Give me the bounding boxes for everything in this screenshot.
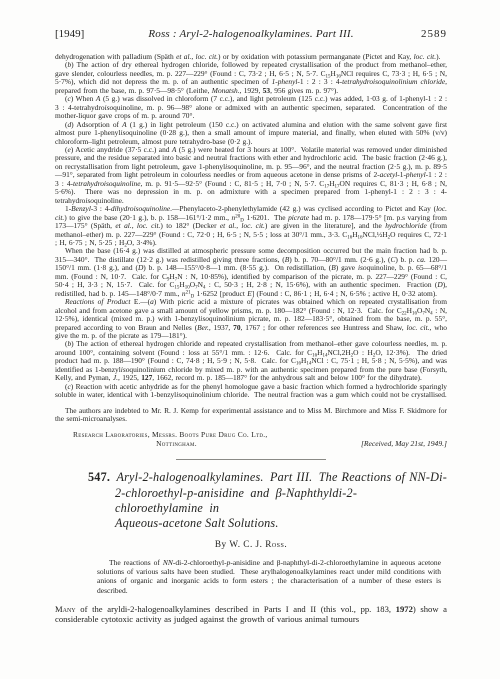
experimental-paragraph-d: (d) Adsorption of A (1 g.) in light petr… [55, 121, 447, 146]
experimental-paragraph-benzyl: 1-Benzyl-3 : 4-dihydroisoquinoline.—Phen… [55, 205, 447, 247]
article-title-line-3: Aqueous-acetone Salt Solutions. [115, 516, 447, 531]
acknowledgment: The authors are indebted to Mr. R. J. Ke… [55, 407, 447, 424]
received-date: [Received, May 21st, 1949.] [298, 439, 447, 448]
article-title: 547. Aryl-2-halogenoalkylamines. Part II… [55, 470, 447, 531]
experimental-paragraph-c: (c) When A (5 g.) was dissolved in chlor… [55, 95, 447, 120]
article-title-line-2: 2-chloroethyl-p-anisidine and β-Naphthyl… [115, 486, 447, 516]
intro-paragraph: Many of the aryldi-2-halogenoalkylamines… [55, 604, 447, 625]
running-title: Ross : Aryl-2-halogenoalkylamines. Part … [115, 28, 387, 40]
experimental-paragraph-e: (e) Acetic anydride (37·5 c.c.) and A (5… [55, 146, 447, 205]
experimental-paragraph-b: (b) The action of dry ethereal hydrogen … [55, 61, 447, 95]
section-divider [176, 459, 326, 460]
experimental-paragraph-reactions-b: (b) The action of ethereal hydrogen chlo… [55, 340, 447, 382]
experimental-paragraph-distillation: When the base (16·4 g.) was distilled at… [55, 247, 447, 298]
abstract: The reactions of NN-di-2-chloroethyl-p-a… [97, 558, 441, 594]
page-number: 2589 [387, 28, 447, 40]
journal-page: [1949] Ross : Aryl-2-halogenoalkylamines… [0, 0, 500, 679]
article-title-line-1: 547. Aryl-2-halogenoalkylamines. Part II… [88, 470, 447, 485]
address-line-1: Research Laboratories, Messrs. Boots Pur… [55, 430, 298, 439]
address: Research Laboratories, Messrs. Boots Pur… [55, 430, 298, 448]
address-line-2: Nottingham. [55, 439, 298, 448]
experimental-paragraph-reactions-a: Reactions of Product E.—(a) With picric … [55, 298, 447, 340]
byline: By W. C. J. Ross. [55, 539, 447, 549]
experimental-paragraph-reactions-c: (c) Reaction with acetic anhydride as fo… [55, 383, 447, 400]
experimental-section: dehydrogenation with palladium (Späth et… [55, 53, 447, 423]
footer-block: Research Laboratories, Messrs. Boots Pur… [55, 430, 447, 448]
journal-year: [1949] [55, 28, 115, 40]
running-head: [1949] Ross : Aryl-2-halogenoalkylamines… [55, 28, 447, 40]
